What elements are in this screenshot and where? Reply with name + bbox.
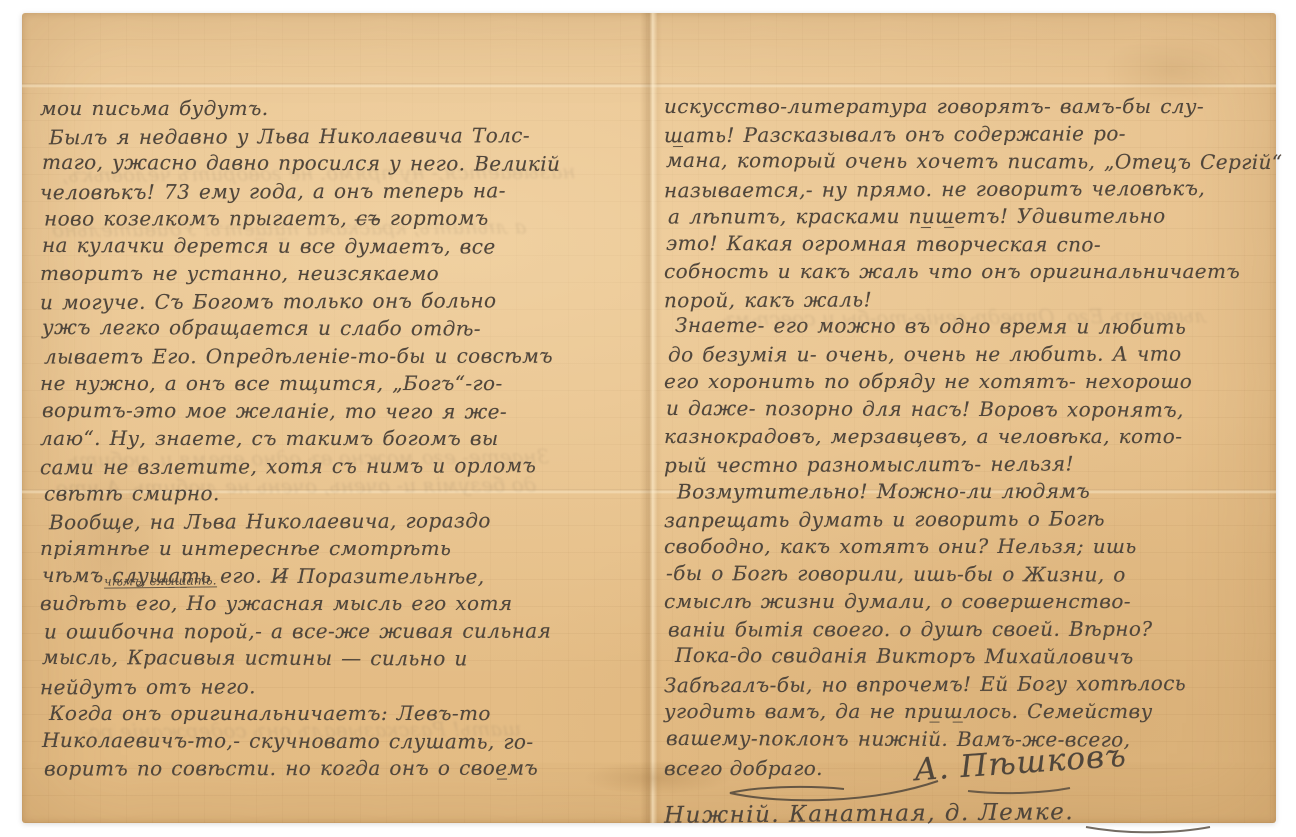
closing-phrase: всего добраго. [664,755,823,783]
handwriting-line: запрещать думать и говорить о Богѣ [664,504,1264,534]
handwriting-line: свѣтѣ смирно. [44,479,644,508]
interline-insertion-note: чѣмъ, слы̲ш̲ать. [104,574,217,588]
handwriting-line: до безумiя и- очень, очень не любить. А … [668,340,1268,369]
handwriting-line: -бы о Богѣ говорили, ишь-бы о Жизни, о [666,559,1266,589]
handwriting-line: на кулачки дерется и все думаетъ, все [42,231,642,261]
handwriting-line: рый честно разномыслитъ- нельзя! [664,449,1264,479]
signature-underline [964,785,1074,795]
handwriting-line: не нужно, а онъ все тщится, „Богъ“-го- [40,370,640,398]
sender-address: Нижнiй. Канатная, д. Лемке. [664,799,1074,829]
left-page: мои письма будутъ. Былъ я недавно у Льва… [40,95,640,783]
handwriting-line: ново козелкомъ прыгаетъ, с̶ъ̶ гортомъ [44,204,644,233]
handwriting-line: мана, который очень хочетъ писать, „Отец… [666,147,1266,177]
handwriting-line: и даже- позорно для насъ! Воровъ хоронят… [666,394,1266,424]
handwriting-line: ш̲ать! Разсказывалъ онъ содержанiе ро- [664,119,1264,149]
closing-row: всего добраго. А. Пѣшковъ [664,755,1264,795]
address-swash [1084,821,1214,837]
handwriting-line: таго, ужасно давно просился у него. Вели… [42,149,642,179]
handwriting-line: лаю“. Ну, знаете, съ такимъ богомъ вы [40,425,640,453]
center-fold [640,13,662,823]
handwriting-line: воритъ-это мое желанiе, то чего я же- [42,396,642,426]
handwriting-line: Возмутительно! Можно-ли людямъ [668,477,1268,506]
handwriting-line: а лѣпитъ, красками пи̲ш̲етъ! Удивительно [668,202,1268,231]
handwriting-line: смыслѣ жизни думали, о совершенство- [664,588,1264,616]
letter-paper: называется,- ну прямо. не говоритъ челов… [22,13,1276,823]
fold-crease-top [22,83,1276,88]
handwriting-line: Когда онъ оригинальничаетъ: Левъ-то [40,700,640,728]
handwriting-line: нейдутъ отъ него. [40,671,640,701]
handwriting-line: мысль, Красивыя истины — сильно и [42,644,642,674]
handwriting-line: ужъ легко обращается и слабо отдѣ- [42,314,642,344]
handwriting-line: человѣкъ! 73 ему года, а онъ теперь на- [40,176,640,206]
handwriting-line: искусство-литература говорятъ- вамъ-бы с… [664,93,1264,121]
address-row: Нижнiй. Канатная, д. Лемке. [664,801,1264,835]
handwriting-line: прiятнѣе и интереснѣе смотрѣть [40,535,640,563]
handwriting-line: лываетъ Его. Опредѣленiе-то-бы и совсѣмъ [44,342,644,371]
handwriting-line: Былъ я недавно у Льва Николаевича Толс- [40,121,640,151]
handwriting-line: это! Какая огромная творческая спо- [666,229,1266,259]
handwriting-line: творитъ не устанно, неизсякаемо [40,260,640,288]
handwriting-line: и ошибочна порой,- а все-же живая сильна… [44,617,644,646]
handwriting-line: Забѣгалъ-бы, но впрочемъ! Ей Богу хотѣло… [664,669,1264,699]
handwriting-line: сами не взлетите, хотя съ нимъ и орломъ [40,451,640,481]
handwriting-line: свободно, какъ хотятъ они? Нельзя; ишь [664,533,1264,561]
handwriting-line: мои письма будутъ. [40,95,640,123]
handwriting-line: собность и какъ жаль что онъ оригинальни… [664,258,1264,286]
handwriting-line: Пока-до свиданiя Викторъ Михайловичъ [666,642,1266,672]
handwriting-line: называется,- ну прямо. не говоритъ челов… [664,174,1264,204]
handwriting-line: видѣть его, Но ужасная мысль его хотя [40,590,640,618]
handwriting-line: Вообще, на Льва Николаевича, гораздо [40,506,640,536]
handwriting-line: казнокрадовъ, мерзавцевъ, а человѣка, ко… [664,423,1264,451]
right-page: искусство-литература говорятъ- вамъ-бы с… [664,93,1264,835]
handwriting-line: Николаевичъ-то,- скучновато слушать, го- [42,726,642,756]
handwriting-line: воритъ по совѣсти. но когда онъ о свое̲м… [44,754,644,783]
handwriting-line: его хоронить по обряду не хотятъ- нехоро… [664,368,1264,396]
letter-photo: называется,- ну прямо. не говоритъ челов… [0,0,1296,837]
handwriting-line: ванiи бытiя своего. о душѣ своей. Вѣрно? [668,615,1268,644]
handwriting-line: Знаете- его можно въ одно время и любить [666,312,1266,342]
handwriting-line: порой, какъ жаль! [664,284,1264,314]
handwriting-line: и могуче. Съ Богомъ только онъ больно [40,286,640,316]
handwriting-line: угодить вамъ, да не при̲ш̲лось. Семейств… [664,698,1264,726]
